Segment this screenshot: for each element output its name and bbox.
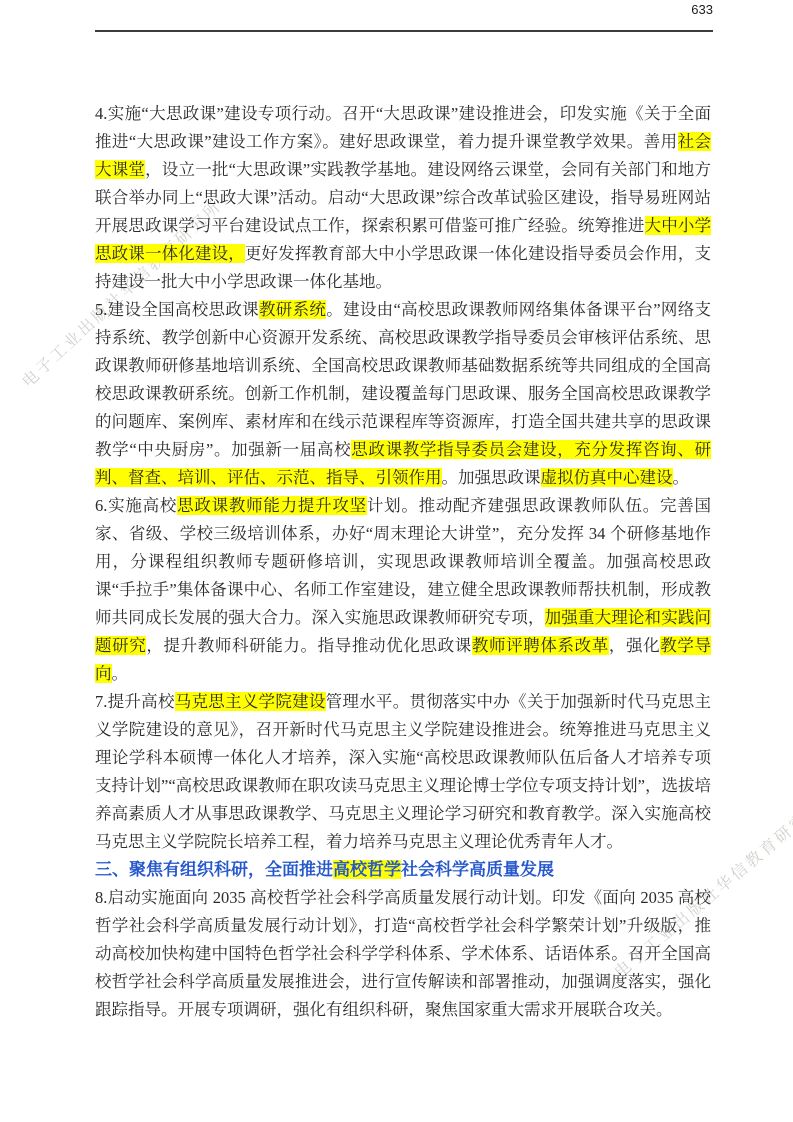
text-segment: ，强化 <box>609 636 660 655</box>
text-segment: ，设立一批“大思政课”实践教学基地。建设网络云课堂，会同有关部门和地方联合举办同… <box>95 160 711 235</box>
text-segment: 4.实施“大思政课”建设专项行动。召开“大思政课”建设推进会，印发实施《关于全面… <box>95 104 711 151</box>
text-segment: 。建设由“高校思政课教师网络集体备课平台”网络支持系统、教学创新中心资源开发系统… <box>95 300 711 459</box>
text-segment: ，提升教师科研能力。指导推动优化思政课 <box>146 636 471 655</box>
text-segment: 管理水平。贯彻落实中办《关于加强新时代马克思主义学院建设的意见》，召开新时代马克… <box>95 692 711 851</box>
paragraph: 4.实施“大思政课”建设专项行动。召开“大思政课”建设推进会，印发实施《关于全面… <box>95 100 711 296</box>
text-segment: 5.建设全国高校思政课 <box>95 300 259 319</box>
text-segment: 8.启动实施面向 2035 高校哲学社会科学高质量发展行动计划。印发《面向 20… <box>95 888 711 1019</box>
paragraph: 8.启动实施面向 2035 高校哲学社会科学高质量发展行动计划。印发《面向 20… <box>95 884 711 1024</box>
section-heading: 三、聚焦有组织科研，全面推进高校哲学社会科学高质量发展 <box>95 856 711 884</box>
document-body: 4.实施“大思政课”建设专项行动。召开“大思政课”建设推进会，印发实施《关于全面… <box>95 100 711 1024</box>
text-segment: 7.提升高校 <box>95 692 175 711</box>
text-segment: 。 <box>112 664 129 683</box>
text-segment: 。 <box>673 468 690 487</box>
highlighted-text: 马克思主义学院建设 <box>175 692 326 711</box>
page-number: 633 <box>691 2 713 17</box>
highlighted-text: 虚拟仿真中心建设 <box>541 468 673 487</box>
paragraph: 7.提升高校马克思主义学院建设管理水平。贯彻落实中办《关于加强新时代马克思主义学… <box>95 688 711 856</box>
text-segment: 三、聚焦有组织科研，全面推进 <box>95 860 333 879</box>
highlighted-text: 教师评聘体系改革 <box>472 636 609 655</box>
highlighted-text: 高校哲学 <box>333 860 401 879</box>
highlighted-text: 思政课教师能力提升攻坚 <box>177 496 367 515</box>
highlighted-text: 教研系统 <box>259 300 326 319</box>
text-segment: 。加强思政课 <box>442 468 541 487</box>
header-rule <box>95 30 713 32</box>
paragraph: 6.实施高校思政课教师能力提升攻坚计划。推动配齐建强思政课教师队伍。完善国家、省… <box>95 492 711 688</box>
text-segment: 6.实施高校 <box>95 496 177 515</box>
paragraph: 5.建设全国高校思政课教研系统。建设由“高校思政课教师网络集体备课平台”网络支持… <box>95 296 711 492</box>
text-segment: 社会科学高质量发展 <box>401 860 554 879</box>
